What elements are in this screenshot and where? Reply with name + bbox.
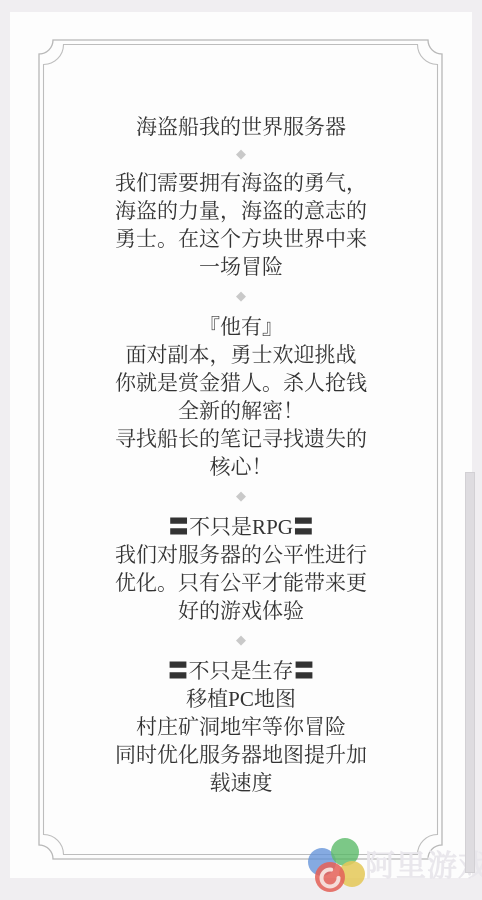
scrollbar-thumb[interactable] [465,472,475,873]
text-line: 海盗的力量，海盗的意志的 [10,197,472,225]
poster-title: 海盗船我的世界服务器 [10,113,472,141]
section-not-only-rpg: 〓不只是RPG〓 我们对服务器的公平性进行 优化。只有公平才能带来更 好的游戏体… [10,513,472,625]
section-features: 『他有』 面对副本，勇士欢迎挑战 你就是赏金猎人。杀人抢钱 全新的解密！ 寻找船… [10,313,472,481]
text-line: 我们对服务器的公平性进行 [10,541,472,569]
text-line: 勇士。在这个方块世界中来 [10,225,472,253]
text-line: 载速度 [10,769,472,797]
text-line: 移植PC地图 [10,685,472,713]
text-line: 村庄矿洞地牢等你冒险 [10,713,472,741]
poster-content: 海盗船我的世界服务器 ◆ 我们需要拥有海盗的勇气， 海盗的力量，海盗的意志的 勇… [10,113,472,797]
text-line: 我们需要拥有海盗的勇气， [10,169,472,197]
section-heading: 〓不只是生存〓 [10,657,472,685]
app-page: { "theme": { "page_bg": "#f0eef1", "card… [0,0,482,900]
text-line: 你就是赏金猎人。杀人抢钱 [10,369,472,397]
text-line: 好的游戏体验 [10,597,472,625]
text-line: 全新的解密！ [10,397,472,425]
section-not-only-survival: 〓不只是生存〓 移植PC地图 村庄矿洞地牢等你冒险 同时优化服务器地图提升加 载… [10,657,472,797]
text-line: 优化。只有公平才能带来更 [10,569,472,597]
text-line: 寻找船长的笔记寻找遗失的 [10,425,472,453]
text-line: 同时优化服务器地图提升加 [10,741,472,769]
scrollbar [465,0,482,900]
text-line: 核心！ [10,453,472,481]
text-line: 一场冒险 [10,253,472,281]
section-heading: 〓不只是RPG〓 [10,513,472,541]
diamond-separator-icon: ◆ [10,483,472,511]
text-line: 面对副本，勇士欢迎挑战 [10,341,472,369]
section-heading: 『他有』 [10,313,472,341]
section-intro: 我们需要拥有海盗的勇气， 海盗的力量，海盗的意志的 勇士。在这个方块世界中来 一… [10,169,472,281]
diamond-separator-icon: ◆ [10,627,472,655]
poster-card: 海盗船我的世界服务器 ◆ 我们需要拥有海盗的勇气， 海盗的力量，海盗的意志的 勇… [10,12,472,878]
diamond-separator-icon: ◆ [10,283,472,311]
diamond-separator-icon: ◆ [10,141,472,169]
